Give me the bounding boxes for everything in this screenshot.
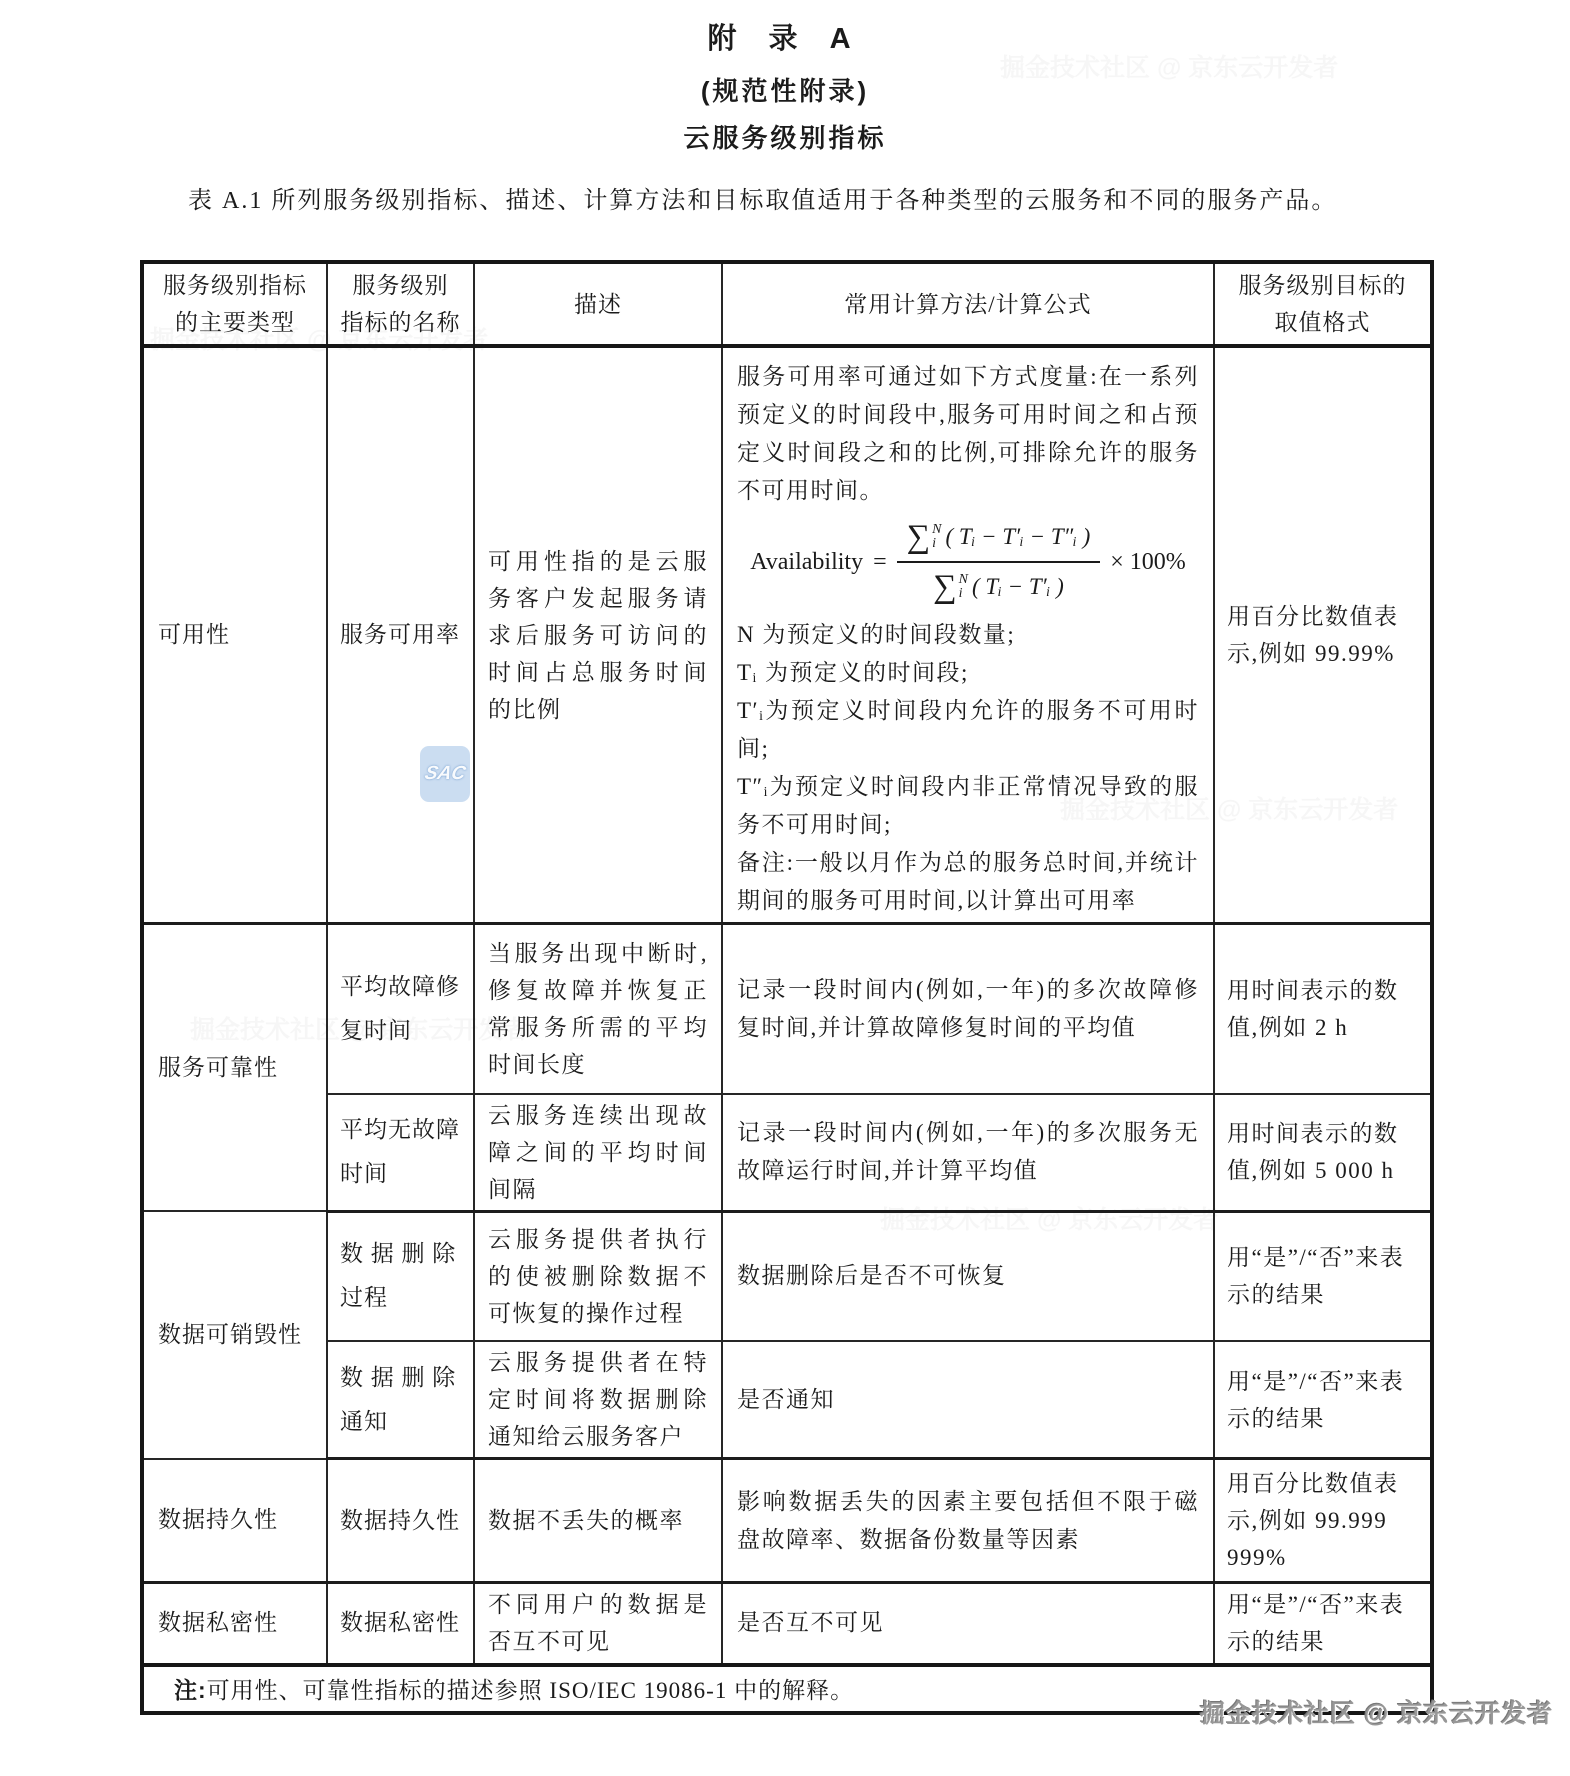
col-header-indicator-type: 服务级别指标 的主要类型 <box>142 262 327 346</box>
cell-mtbf-desc: 云服务连续出现故障之间的平均时间间隔 <box>474 1094 722 1212</box>
formula-times-100: × 100% <box>1110 543 1186 581</box>
formula-lhs: Availability <box>750 543 863 581</box>
cell-privacy-calc: 是否互不可见 <box>722 1583 1214 1665</box>
col-header-description: 描述 <box>474 262 722 346</box>
table-row-deletion-process: 数据可销毁性 数 据 删 除 过程 云服务提供者执行的使被删除数据不可恢复的操作… <box>142 1211 1432 1341</box>
cell-mtbf-name: 平均无故障 时间 <box>327 1094 474 1212</box>
cell-deletion-process-format: 用“是”/“否”来表示的结果 <box>1214 1211 1432 1341</box>
cell-durability-format: 用百分比数值表示,例如 99.999 999% <box>1214 1459 1432 1583</box>
cell-availability-calc: 服务可用率可通过如下方式度量:在一系列预定义的时间段中,服务可用时间之和占预定义… <box>722 346 1214 924</box>
formula-numerator: ( Tᵢ − T′ᵢ − T″ᵢ ) <box>946 518 1091 556</box>
cell-privacy-desc: 不同用户的数据是否互不可见 <box>474 1583 722 1665</box>
col-header-indicator-name: 服务级别 指标的名称 <box>327 262 474 346</box>
col-header-target-format: 服务级别目标的 取值格式 <box>1214 262 1432 346</box>
availability-note-remark: 备注:一般以月作为总的服务总时间,并统计期间的服务可用时间,以计算出可用率 <box>737 844 1199 920</box>
table-row-durability: 数据持久性 数据持久性 数据不丢失的概率 影响数据丢失的因素主要包括但不限于磁盘… <box>142 1459 1432 1583</box>
document-body: 附 录 A (规范性附录) 云服务级别指标 表 A.1 所列服务级别指标、描述、… <box>140 0 1430 1715</box>
cell-availability-format: 用百分比数值表示,例如 99.99% <box>1214 346 1432 924</box>
cell-deletion-process-calc: 数据删除后是否不可恢复 <box>722 1211 1214 1341</box>
appendix-subject-title: 云服务级别指标 <box>140 118 1430 155</box>
cell-privacy-name: 数据私密性 <box>327 1583 474 1665</box>
cell-mttr-desc: 当服务出现中断时,修复故障并恢复正常服务所需的平均时间长度 <box>474 924 722 1094</box>
cell-availability-desc: 可用性指的是云服务客户发起服务请求后服务可访问的时间占总服务时间的比例 <box>474 346 722 924</box>
cell-deletion-notice-name: 数 据 删 除 通知 <box>327 1341 474 1459</box>
cell-mttr-format: 用时间表示的数值,例如 2 h <box>1214 924 1432 1094</box>
cell-mtbf-calc: 记录一段时间内(例如,一年)的多次服务无故障运行时间,并计算平均值 <box>722 1094 1214 1212</box>
cell-deletion-notice-desc: 云服务提供者在特定时间将数据删除通知给云服务客户 <box>474 1341 722 1459</box>
cell-deletion-process-name: 数 据 删 除 过程 <box>327 1211 474 1341</box>
document-page: { "doc": { "title_appendix": "附 录 A", "t… <box>0 0 1570 1776</box>
note-label: 注: <box>174 1677 207 1703</box>
table-note-row: 注:可用性、可靠性指标的描述参照 ISO/IEC 19086-1 中的解释。 <box>142 1665 1432 1713</box>
cell-availability-type: 可用性 <box>142 346 327 924</box>
table-note-cell: 注:可用性、可靠性指标的描述参照 ISO/IEC 19086-1 中的解释。 <box>142 1665 1432 1713</box>
cell-deletion-notice-format: 用“是”/“否”来表示的结果 <box>1214 1341 1432 1459</box>
formula-equals: = <box>873 543 887 581</box>
cell-reliability-type: 服务可靠性 <box>142 924 327 1212</box>
table-row-mtbf: 平均无故障 时间 云服务连续出现故障之间的平均时间间隔 记录一段时间内(例如,一… <box>142 1094 1432 1212</box>
cell-availability-name: 服务可用率 <box>327 346 474 924</box>
sigma-numerator: ∑ N i <box>907 521 942 554</box>
cell-destroyability-type: 数据可销毁性 <box>142 1211 327 1459</box>
formula-denominator: ( Tᵢ − T′ᵢ ) <box>972 568 1064 606</box>
col-header-calc-method: 常用计算方法/计算公式 <box>722 262 1214 346</box>
cell-durability-desc: 数据不丢失的概率 <box>474 1459 722 1583</box>
table-row-privacy: 数据私密性 数据私密性 不同用户的数据是否互不可见 是否互不可见 用“是”/“否… <box>142 1583 1432 1665</box>
availability-note-N: N 为预定义的时间段数量; <box>737 616 1199 654</box>
availability-note-Ti: Tᵢ 为预定义的时间段; <box>737 654 1199 692</box>
cell-durability-name: 数据持久性 <box>327 1459 474 1583</box>
sigma-denominator: ∑ N i <box>933 571 968 604</box>
cell-deletion-process-desc: 云服务提供者执行的使被删除数据不可恢复的操作过程 <box>474 1211 722 1341</box>
availability-formula: Availability = ∑ N i ( Tᵢ − T′ᵢ − T″ <box>737 518 1199 606</box>
availability-note-Ti-prime: T′ᵢ为预定义时间段内允许的服务不可用时间; <box>737 692 1199 768</box>
cell-privacy-type: 数据私密性 <box>142 1583 327 1665</box>
table-header-row: 服务级别指标 的主要类型 服务级别 指标的名称 描述 常用计算方法/计算公式 服… <box>142 262 1432 346</box>
appendix-title: 附 录 A <box>140 16 1430 57</box>
table-row-deletion-notice: 数 据 删 除 通知 云服务提供者在特定时间将数据删除通知给云服务客户 是否通知… <box>142 1341 1432 1459</box>
table-row-availability: 可用性 服务可用率 可用性指的是云服务客户发起服务请求后服务可访问的时间占总服务… <box>142 346 1432 924</box>
intro-paragraph: 表 A.1 所列服务级别指标、描述、计算方法和目标取值适用于各种类型的云服务和不… <box>140 181 1430 222</box>
table-row-mttr: 服务可靠性 平均故障修 复时间 当服务出现中断时,修复故障并恢复正常服务所需的平… <box>142 924 1432 1094</box>
cell-durability-calc: 影响数据丢失的因素主要包括但不限于磁盘故障率、数据备份数量等因素 <box>722 1459 1214 1583</box>
cell-mttr-name: 平均故障修 复时间 <box>327 924 474 1094</box>
availability-note-Ti-double-prime: T″ᵢ为预定义时间段内非正常情况导致的服务不可用时间; <box>737 768 1199 844</box>
sla-indicator-table: 服务级别指标 的主要类型 服务级别 指标的名称 描述 常用计算方法/计算公式 服… <box>140 260 1434 1715</box>
appendix-type-subtitle: (规范性附录) <box>140 71 1430 108</box>
cell-durability-type: 数据持久性 <box>142 1459 327 1583</box>
formula-fraction: ∑ N i ( Tᵢ − T′ᵢ − T″ᵢ ) ∑ <box>897 518 1101 606</box>
note-text: 可用性、可靠性指标的描述参照 ISO/IEC 19086-1 中的解释。 <box>207 1678 854 1703</box>
cell-privacy-format: 用“是”/“否”来表示的结果 <box>1214 1583 1432 1665</box>
cell-mttr-calc: 记录一段时间内(例如,一年)的多次故障修复时间,并计算故障修复时间的平均值 <box>722 924 1214 1094</box>
cell-mtbf-format: 用时间表示的数值,例如 5 000 h <box>1214 1094 1432 1212</box>
availability-calc-intro: 服务可用率可通过如下方式度量:在一系列预定义的时间段中,服务可用时间之和占预定义… <box>737 358 1199 510</box>
cell-deletion-notice-calc: 是否通知 <box>722 1341 1214 1459</box>
